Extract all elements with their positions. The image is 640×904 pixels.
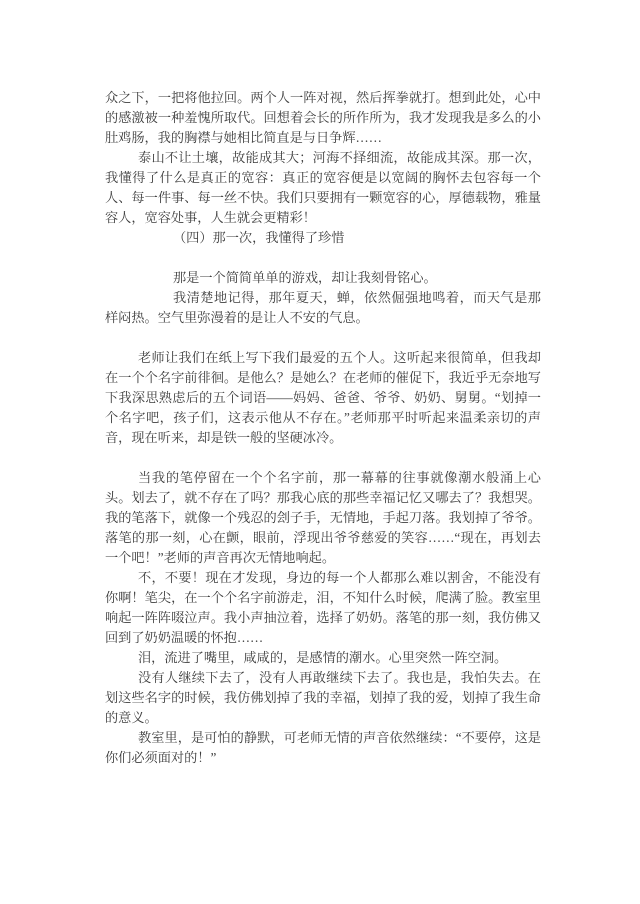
paragraph: 当我的笔停留在一个个名字前，那一幕幕的往事就像潮水般涌上心头。划去了，就不存在了… (105, 468, 541, 568)
section-heading: （四）那一次，我懂得了珍惜 (105, 228, 541, 248)
paragraph: 老师让我们在纸上写下我们最爱的五个人。这听起来很简单，但我却在一个个名字前徘徊。… (105, 348, 541, 448)
paragraph: 众之下，一把将他拉回。两个人一阵对视，然后挥拳就打。想到此处，心中的感激被一种羞… (105, 88, 541, 148)
paragraph: 那是一个简简单单的游戏，却让我刻骨铭心。 (105, 268, 541, 288)
paragraph: 泰山不让土壤，故能成其大；河海不择细流，故能成其深。那一次，我懂得了什么是真正的… (105, 148, 541, 228)
document-page: 众之下，一把将他拉回。两个人一阵对视，然后挥拳就打。想到此处，心中的感激被一种羞… (0, 0, 640, 904)
essay-body: 众之下，一把将他拉回。两个人一阵对视，然后挥拳就打。想到此处，心中的感激被一种羞… (105, 88, 541, 768)
paragraph: 泪，流进了嘴里，咸咸的，是感情的潮水。心里突然一阵空洞。 (105, 648, 541, 668)
paragraph: 我清楚地记得，那年夏天，蝉，依然倔强地鸣着，而天气是那样闷热。空气里弥漫着的是让… (105, 288, 541, 328)
paragraph: 不，不要！现在才发现，身边的每一个人都那么难以割舍，不能没有你啊！笔尖，在一个个… (105, 568, 541, 648)
paragraph: 教室里，是可怕的静默，可老师无情的声音依然继续：“不要停，这是你们必须面对的！” (105, 728, 541, 768)
paragraph: 没有人继续下去了，没有人再敢继续下去了。我也是，我怕失去。在划这些名字的时候，我… (105, 668, 541, 728)
